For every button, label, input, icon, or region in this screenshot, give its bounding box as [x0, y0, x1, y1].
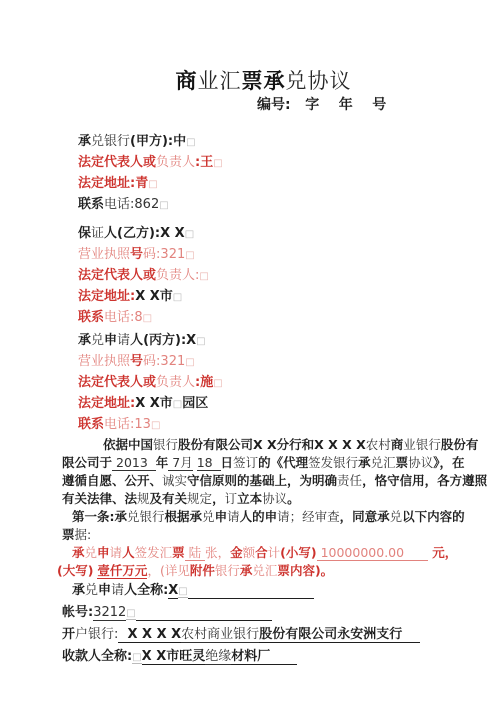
document-page: 商业汇票承兑协议编号: 字 年 号承兑银行(甲方):中□法定代表人或负责人:王□… — [0, 0, 500, 708]
para-basis-2: 限公司于 2013 年 7月 18 日签订的《代理签发银行承兑汇票协议》，在 — [62, 454, 465, 472]
para-bill-summary-2: (大写) 壹仟万元，(详见附件银行承兑汇票内容)。 — [57, 562, 465, 580]
text-segment: 票 — [62, 527, 75, 542]
text-segment: :321 — [156, 247, 185, 262]
field-license-c: 营业执照号码:321□ — [78, 351, 465, 372]
text-segment: X X市 — [135, 289, 173, 304]
placeholder-box: □ — [148, 179, 157, 190]
text-segment: X X X X — [127, 627, 181, 643]
placeholder-box: □ — [143, 313, 152, 324]
text-segment: 请 — [277, 509, 290, 524]
text-segment: (小写) — [280, 545, 316, 560]
text-segment: 协议 — [408, 455, 433, 470]
text-segment: 人全称: — [124, 583, 168, 598]
text-segment: 兑 — [91, 333, 104, 348]
text-segment: 协议 — [308, 69, 352, 93]
text-segment: 法定代表人或 — [78, 268, 156, 283]
placeholder-box: □ — [126, 608, 135, 620]
text-segment: ， — [212, 491, 225, 506]
text-segment — [188, 583, 315, 599]
text-segment: 金 — [230, 545, 243, 560]
text-segment: 法定地址 — [78, 289, 130, 304]
text-segment: 号 — [130, 247, 143, 262]
text-segment: 营业执照 — [78, 354, 130, 369]
placeholder-box: □ — [213, 378, 222, 389]
text-segment: 电话:862 — [104, 197, 159, 212]
field-legal-address-b: 法定地址:X X市□ — [78, 286, 465, 307]
text-segment: 票 — [396, 455, 409, 470]
field-phone-a: 联系电话:862□ — [78, 194, 465, 215]
text-segment: 壹仟万元 — [97, 563, 147, 579]
text-segment: 申 — [215, 509, 228, 524]
text-segment: 收款人全称: — [62, 649, 132, 664]
text-segment: 电话:8 — [104, 310, 143, 325]
text-segment: 7月 — [168, 455, 192, 471]
placeholder-box: □ — [196, 336, 205, 347]
placeholder-box: □ — [185, 229, 194, 240]
text-segment: 银行 — [104, 134, 130, 149]
text-segment: 法定代表人或 — [78, 155, 156, 170]
text-segment: 票 — [172, 545, 185, 560]
field-legal-rep-a: 法定代表人或负责人:王□ — [78, 152, 465, 173]
text-segment: 合 — [255, 545, 268, 560]
text-segment: 》，在 — [433, 455, 464, 470]
text-segment: 负责人 — [156, 155, 195, 170]
para-basis-3: 遵循自愿、公开、诚实守信原则的基础上，为明确责任，恪守信用，各方遵照 — [62, 472, 465, 490]
doc-title: 商业汇票承兑协议 — [62, 68, 465, 94]
text-segment: 诚实 — [162, 473, 187, 488]
text-segment: 及有关 — [150, 491, 188, 506]
placeholder-box: □ — [151, 420, 160, 431]
text-segment: 以下内容的 — [402, 509, 465, 524]
text-segment: 签发 — [308, 455, 333, 470]
text-segment: 银行 — [215, 563, 240, 578]
para-bill-summary-1: 承兑申请人签发汇票 陆 张，金额合计(小写) 10000000.00 元， — [72, 544, 465, 562]
text-segment: 守信原则的基础上，为明确 — [187, 473, 337, 488]
text-segment: :青 — [130, 176, 148, 191]
text-segment: (大写) — [57, 563, 93, 578]
text-segment: 承 — [240, 563, 253, 578]
text-segment: 兑 — [371, 455, 384, 470]
text-segment: 人(乙方):X X — [104, 226, 185, 241]
text-segment: 保 — [78, 226, 91, 241]
text-segment: 陆 — [185, 545, 205, 561]
text-segment: 兑 — [286, 69, 308, 93]
text-segment: 兑 — [85, 583, 98, 598]
text-segment: 日 — [221, 455, 234, 470]
placeholder-box: □ — [173, 292, 182, 303]
field-legal-address-a: 法定地址:青□ — [78, 173, 465, 194]
text-segment: 汇 — [383, 455, 396, 470]
field-guarantor: 保证人(乙方):X X□ — [78, 223, 465, 244]
text-segment: 法定地址 — [78, 176, 130, 191]
text-segment: 请 — [111, 583, 124, 598]
text-segment: 规 — [137, 491, 150, 506]
text-segment: 签发 — [135, 545, 160, 560]
text-segment: 农村商业 — [181, 627, 233, 643]
text-segment: 开 — [62, 627, 75, 642]
placeholder-box: □ — [199, 271, 208, 282]
para-clause1-2: 票据: — [62, 526, 465, 544]
text-segment: 银行 — [140, 509, 165, 524]
text-segment: 人的申 — [240, 509, 278, 524]
text-segment: :321 — [156, 354, 185, 369]
text-segment: 证 — [91, 226, 104, 241]
text-segment: 承 — [358, 455, 371, 470]
text-segment: 限公司于 — [62, 455, 112, 470]
text-segment: 银行 — [153, 437, 178, 452]
text-segment: 申 — [104, 333, 117, 348]
text-segment: 业 — [403, 437, 416, 452]
para-clause1-1: 第一条:承兑银行根据承兑申请人的申请；经审查，同意承兑以下内容的 — [72, 508, 465, 526]
text-segment: 法定地址 — [78, 396, 130, 411]
field-payee-fullname: 收款人全称:□X X市旺灵绝缘材料厂 — [62, 646, 465, 668]
text-segment: 附件 — [190, 563, 215, 578]
text-segment: 农村 — [366, 437, 391, 452]
text-segment: 业 — [198, 69, 220, 93]
text-segment: X X市旺灵 — [142, 649, 206, 665]
text-segment: X — [168, 583, 178, 599]
text-segment: 联系 — [78, 310, 104, 325]
text-segment: 营业执照 — [78, 247, 130, 262]
text-segment: 计 — [268, 545, 281, 560]
text-segment: ，同意承 — [340, 509, 390, 524]
field-opening-bank: 开户银行: X X X X农村商业银行股份有限公司永安洲支行 — [62, 624, 465, 646]
text-segment — [270, 649, 297, 665]
placeholder-box: □ — [213, 158, 222, 169]
text-segment: 材料厂 — [231, 649, 270, 665]
text-segment: 张， — [205, 545, 230, 560]
text-segment: 据: — [75, 527, 92, 542]
text-segment: 依据中国 — [103, 437, 153, 452]
field-account-number: 帐号:3212□ — [62, 602, 465, 624]
text-segment: 户 — [75, 627, 88, 642]
text-segment: 18 — [197, 455, 221, 471]
field-acceptor-bank: 承兑银行(甲方):中□ — [78, 131, 465, 152]
text-segment: 码 — [143, 354, 156, 369]
text-segment: 银行 — [233, 627, 259, 643]
text-segment: 签订 — [233, 455, 258, 470]
text-segment: 人 — [122, 545, 135, 560]
field-legal-rep-c: 法定代表人或负责人:施□ — [78, 372, 465, 393]
text-segment: 订 — [225, 491, 238, 506]
text-segment: 。 — [287, 491, 300, 506]
text-segment: 请 — [117, 333, 130, 348]
text-segment: 兑 — [252, 563, 265, 578]
text-segment: 码 — [143, 247, 156, 262]
text-segment: 兑 — [91, 134, 104, 149]
text-segment: 年 — [156, 455, 169, 470]
placeholder-box: □ — [159, 200, 168, 211]
field-phone-c: 联系电话:13□ — [78, 414, 465, 435]
text-segment: 兑 — [127, 509, 140, 524]
text-segment: 有关法律、法 — [62, 491, 137, 506]
text-segment: 汇 — [265, 563, 278, 578]
text-segment: 兑 — [202, 509, 215, 524]
text-segment: 编号: 字 年 号 — [257, 97, 386, 113]
text-segment: 承 — [78, 134, 91, 149]
text-segment: 股份有限公司X X分行和X X X X — [178, 437, 366, 452]
text-segment: 绝缘 — [205, 649, 231, 665]
text-segment: 10000000.00 — [317, 545, 428, 561]
text-segment: X X市 — [135, 396, 173, 411]
text-segment: 联系 — [78, 417, 104, 432]
text-segment: 协议 — [262, 491, 287, 506]
field-phone-b: 联系电话:8□ — [78, 307, 465, 328]
text-segment: ；经审查 — [290, 509, 340, 524]
text-segment: (甲方):中 — [130, 134, 186, 149]
text-segment — [402, 627, 420, 643]
text-segment: 元， — [428, 545, 457, 560]
placeholder-box: □ — [186, 137, 195, 148]
text-segment: 票 — [277, 563, 290, 578]
text-segment: 人(丙方):X — [130, 333, 196, 348]
text-segment: 的《代理 — [258, 455, 308, 470]
text-segment: 承 — [72, 545, 85, 560]
text-segment: 规定 — [187, 491, 212, 506]
doc-number: 编号: 字 年 号 — [257, 97, 465, 113]
text-segment: 股份有限公司永安洲支行 — [259, 627, 402, 643]
field-applicant-fullname: 承兑申请人全称:X□ — [72, 580, 465, 602]
text-segment: 申 — [98, 583, 111, 598]
text-segment: 承 — [78, 333, 91, 348]
text-segment: 3212 — [93, 605, 126, 621]
text-segment: 请 — [227, 509, 240, 524]
text-segment: 遵循自愿、公开、 — [62, 473, 162, 488]
text-segment: 帐号: — [62, 605, 93, 620]
text-segment: 额 — [243, 545, 256, 560]
text-segment: 商 — [391, 437, 404, 452]
field-legal-rep-b: 法定代表人或负责人:□ — [78, 265, 465, 286]
text-segment: :施 — [195, 375, 213, 390]
text-segment: 联系 — [78, 197, 104, 212]
placeholder-box: □ — [185, 357, 194, 368]
text-segment: 承 — [72, 583, 85, 598]
text-segment: 汇 — [160, 545, 173, 560]
text-segment: 商 — [176, 69, 198, 93]
text-segment: 票承 — [242, 69, 286, 93]
text-segment: 负责人 — [156, 375, 195, 390]
text-segment: 园区 — [182, 396, 208, 411]
text-segment: 银行 — [333, 455, 358, 470]
para-basis-4: 有关法律、法规及有关规定，订立本协议。 — [62, 490, 465, 508]
placeholder-box: □ — [185, 250, 194, 261]
text-segment: 第一条:承 — [72, 509, 127, 524]
text-segment: :王 — [195, 155, 213, 170]
placeholder-box: □ — [173, 399, 182, 410]
text-segment: 兑 — [390, 509, 403, 524]
para-basis-1: 依据中国银行股份有限公司X X分行和X X X X农村商业银行股份有 — [103, 436, 465, 454]
text-segment: 银行: — [88, 627, 118, 642]
document-content: 商业汇票承兑协议编号: 字 年 号承兑银行(甲方):中□法定代表人或负责人:王□… — [62, 68, 465, 668]
text-segment: 法定代表人或 — [78, 375, 156, 390]
text-segment: ，恪守信用，各方遵照 — [362, 473, 487, 488]
field-legal-address-c: 法定地址:X X市□园区 — [78, 393, 465, 414]
field-license-b: 营业执照号码:321□ — [78, 244, 465, 265]
placeholder-box: □ — [178, 586, 187, 598]
text-segment: 责任 — [337, 473, 362, 488]
text-segment: 详见 — [165, 563, 190, 578]
text-segment — [136, 605, 272, 621]
text-segment: 股份有 — [441, 437, 479, 452]
text-segment: 请 — [110, 545, 123, 560]
text-segment: 2013 — [112, 455, 156, 471]
text-segment: 兑 — [85, 545, 98, 560]
text-segment: 号 — [130, 354, 143, 369]
placeholder-box: □ — [132, 652, 141, 664]
field-applicant: 承兑申请人(丙方):X□ — [78, 330, 465, 351]
text-segment: 汇 — [220, 69, 242, 93]
text-segment: 负责人 — [156, 268, 195, 283]
text-segment: 根据承 — [165, 509, 203, 524]
text-segment: 内容)。 — [290, 563, 333, 578]
text-segment: 电话:13 — [104, 417, 151, 432]
text-segment: 银行 — [416, 437, 441, 452]
text-segment: 立本 — [237, 491, 262, 506]
text-segment: ，( — [147, 563, 164, 578]
text-segment: 申 — [97, 545, 110, 560]
